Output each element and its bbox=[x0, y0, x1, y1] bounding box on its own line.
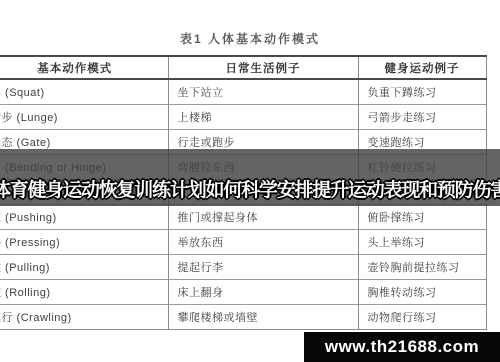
cell-pattern: 拉 (Pulling) bbox=[0, 254, 168, 279]
cell-pattern: 蹲 (Squat) bbox=[0, 79, 168, 104]
cell-fitness: 头上举练习 bbox=[358, 229, 486, 254]
cell-daily: 提起行李 bbox=[168, 254, 358, 279]
cell-daily: 举放东西 bbox=[168, 229, 358, 254]
cell-pattern: 推 (Pushing) bbox=[0, 204, 168, 229]
table-title: 表1 人体基本动作模式 bbox=[0, 30, 500, 47]
header-cell-daily-example: 日常生活例子 bbox=[168, 56, 358, 79]
headline-banner-overlay: 体育健身运动恢复训练计划如何科学安排提升运动表现和预防伤害 bbox=[0, 149, 500, 206]
cell-daily: 上楼梯 bbox=[168, 104, 358, 129]
table-row: 举 (Pressing) 举放东西 头上举练习 bbox=[0, 229, 486, 254]
table-row: 蹲 (Squat) 坐下站立 负重下蹲练习 bbox=[0, 79, 486, 104]
table-header-row: 基本动作模式 日常生活例子 健身运动例子 bbox=[0, 56, 486, 79]
header-cell-fitness-example: 健身运动例子 bbox=[358, 56, 486, 79]
cell-fitness: 俯卧撑练习 bbox=[358, 204, 486, 229]
cell-fitness: 弓箭步走练习 bbox=[358, 104, 486, 129]
cell-pattern: 举 (Pressing) bbox=[0, 229, 168, 254]
cell-fitness: 壶铃胸前提拉练习 bbox=[358, 254, 486, 279]
cell-pattern: 箭步 (Lunge) bbox=[0, 104, 168, 129]
table-row: 爬行 (Crawling) 攀爬楼梯或墙壁 动物爬行练习 bbox=[0, 304, 486, 329]
screenshot-root: 表1 人体基本动作模式 基本动作模式 日常生活例子 健身运动例子 蹲 (Squa… bbox=[0, 0, 500, 362]
watermark-badge: www.th21688.com bbox=[304, 332, 500, 362]
cell-fitness: 胸椎转动练习 bbox=[358, 279, 486, 304]
table-row: 滚 (Rolling) 床上翻身 胸椎转动练习 bbox=[0, 279, 486, 304]
headline-text: 体育健身运动恢复训练计划如何科学安排提升运动表现和预防伤害 bbox=[0, 175, 500, 206]
cell-fitness: 负重下蹲练习 bbox=[358, 79, 486, 104]
table-row: 箭步 (Lunge) 上楼梯 弓箭步走练习 bbox=[0, 104, 486, 129]
cell-daily: 攀爬楼梯或墙壁 bbox=[168, 304, 358, 329]
cell-daily: 床上翻身 bbox=[168, 279, 358, 304]
cell-fitness: 动物爬行练习 bbox=[358, 304, 486, 329]
cell-daily: 坐下站立 bbox=[168, 79, 358, 104]
watermark-url-text: www.th21688.com bbox=[325, 337, 479, 357]
table-row: 推 (Pushing) 推门或撑起身体 俯卧撑练习 bbox=[0, 204, 486, 229]
cell-daily: 推门或撑起身体 bbox=[168, 204, 358, 229]
cell-pattern: 爬行 (Crawling) bbox=[0, 304, 168, 329]
cell-pattern: 滚 (Rolling) bbox=[0, 279, 168, 304]
header-cell-pattern: 基本动作模式 bbox=[0, 56, 168, 79]
table-row: 拉 (Pulling) 提起行李 壶铃胸前提拉练习 bbox=[0, 254, 486, 279]
